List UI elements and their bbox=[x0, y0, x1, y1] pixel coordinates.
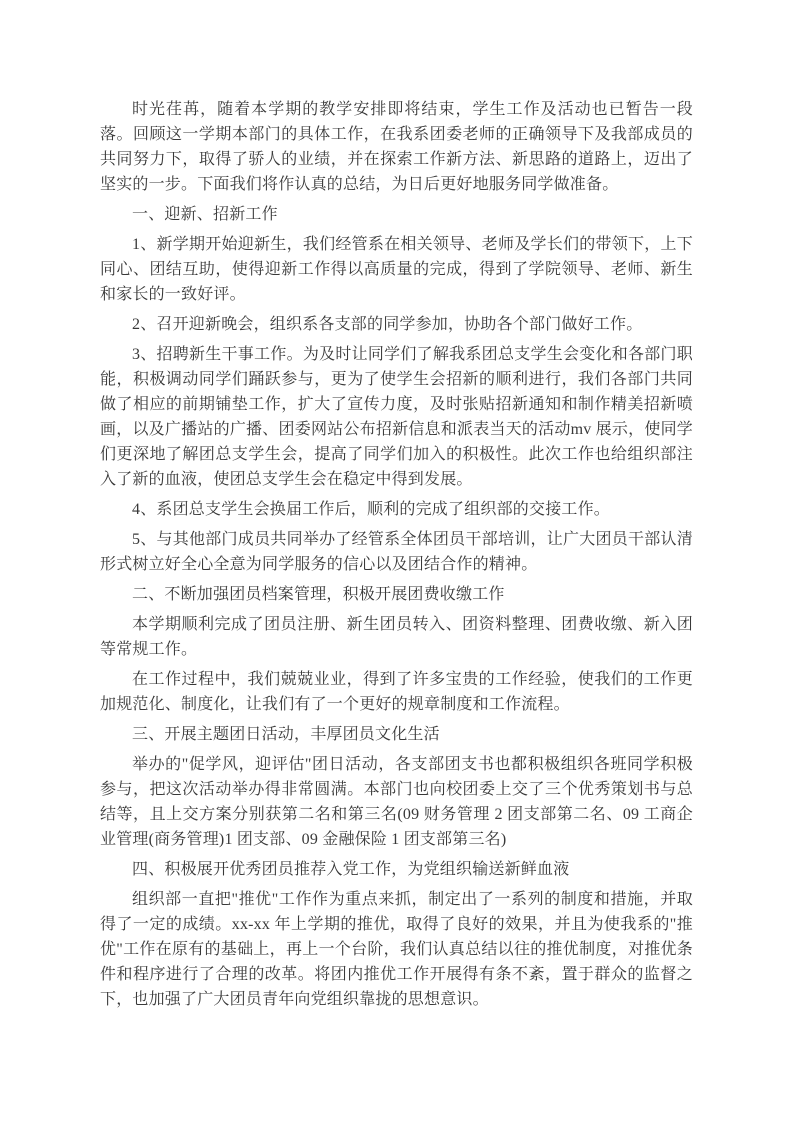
document-body: 时光荏苒，随着本学期的教学安排即将结束，学生工作及活动也已暂告一段落。回顾这一学… bbox=[100, 97, 693, 1012]
section-heading: 四、积极展开优秀团员推荐入党工作，为党组织输送新鲜血液 bbox=[100, 857, 693, 882]
paragraph: 时光荏苒，随着本学期的教学安排即将结束，学生工作及活动也已暂告一段落。回顾这一学… bbox=[100, 97, 693, 197]
paragraph: 1、新学期开始迎新生，我们经管系在相关领导、老师及学长们的带领下，上下同心、团结… bbox=[100, 232, 693, 307]
paragraph: 3、招聘新生干事工作。为及时让同学们了解我系团总支学生会变化和各部门职能，积极调… bbox=[100, 342, 693, 492]
section-heading: 二、不断加强团员档案管理，积极开展团费收缴工作 bbox=[100, 582, 693, 607]
paragraph: 在工作过程中，我们兢兢业业，得到了许多宝贵的工作经验，使我们的工作更加规范化、制… bbox=[100, 667, 693, 717]
paragraph: 4、系团总支学生会换届工作后，顺利的完成了组织部的交接工作。 bbox=[100, 497, 693, 522]
paragraph: 2、召开迎新晚会，组织系各支部的同学参加，协助各个部门做好工作。 bbox=[100, 312, 693, 337]
paragraph: 举办的"促学风，迎评估"团日活动，各支部团支书也都积极组织各班同学积极参与，把这… bbox=[100, 752, 693, 852]
paragraph: 5、与其他部门成员共同举办了经管系全体团员干部培训，让广大团员干部认清形式树立好… bbox=[100, 527, 693, 577]
paragraph: 组织部一直把"推优"工作作为重点来抓，制定出了一系列的制度和措施，并取得了一定的… bbox=[100, 887, 693, 1012]
section-heading: 一、迎新、招新工作 bbox=[100, 202, 693, 227]
section-heading: 三、开展主题团日活动，丰厚团员文化生活 bbox=[100, 722, 693, 747]
document-page: 时光荏苒，随着本学期的教学安排即将结束，学生工作及活动也已暂告一段落。回顾这一学… bbox=[0, 0, 793, 1122]
paragraph: 本学期顺利完成了团员注册、新生团员转入、团资料整理、团费收缴、新入团等常规工作。 bbox=[100, 612, 693, 662]
